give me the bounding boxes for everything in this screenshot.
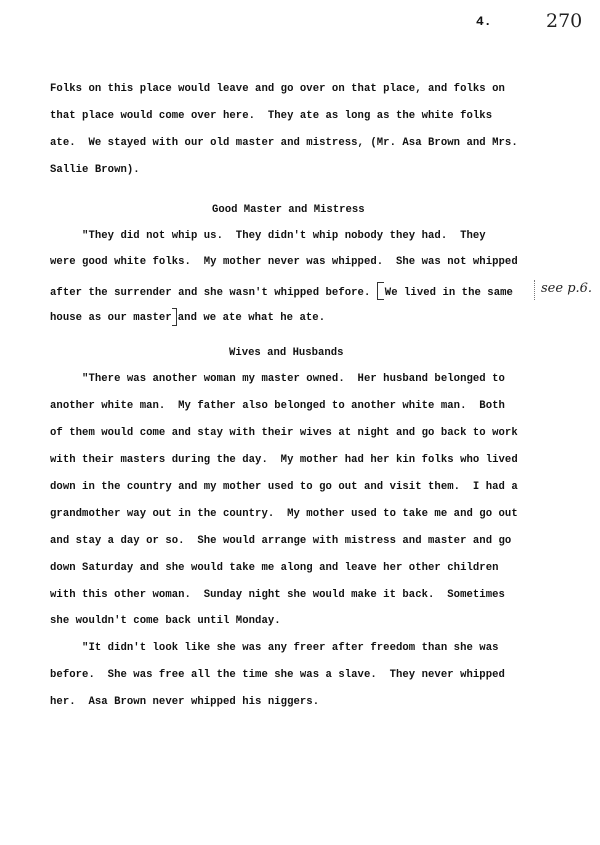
text-line: down in the country and my mother used t… bbox=[50, 481, 518, 493]
text-segment: after the surrender and she wasn't whipp… bbox=[50, 287, 377, 299]
text-line: "They did not whip us. They didn't whip … bbox=[50, 230, 486, 242]
section-heading: Good Master and Mistress bbox=[212, 204, 365, 216]
text-line: another white man. My father also belong… bbox=[50, 400, 505, 412]
text-line: with their masters during the day. My mo… bbox=[50, 454, 518, 466]
text-line: were good white folks. My mother never w… bbox=[50, 256, 518, 268]
text-line: of them would come and stay with their w… bbox=[50, 427, 518, 439]
text-line: that place would come over here. They at… bbox=[50, 110, 492, 122]
handwritten-margin-note: see p.6. bbox=[534, 280, 592, 300]
text-line: house as our masterand we ate what he at… bbox=[50, 308, 325, 326]
text-line: before. She was free all the time she wa… bbox=[50, 669, 505, 681]
text-line: her. Asa Brown never whipped his niggers… bbox=[50, 696, 319, 708]
section-heading: Wives and Husbands bbox=[229, 347, 343, 359]
page-number: 270 bbox=[546, 10, 582, 32]
text-line: she wouldn't come back until Monday. bbox=[50, 615, 281, 627]
text-line: ate. We stayed with our old master and m… bbox=[50, 137, 518, 149]
text-line: down Saturday and she would take me alon… bbox=[50, 562, 499, 574]
text-line: grandmother way out in the country. My m… bbox=[50, 508, 518, 520]
text-line: with this other woman. Sunday night she … bbox=[50, 589, 505, 601]
text-line: "It didn't look like she was any freer a… bbox=[50, 642, 499, 654]
text-line: Folks on this place would leave and go o… bbox=[50, 83, 505, 95]
document-page: 4. 270 Folks on this place would leave a… bbox=[0, 0, 600, 845]
bracket-close-mark bbox=[172, 308, 177, 326]
text-segment: house as our master bbox=[50, 312, 172, 324]
text-segment: and we ate what he ate. bbox=[178, 312, 325, 324]
text-line: "There was another woman my master owned… bbox=[50, 373, 505, 385]
text-segment: We lived in the same bbox=[385, 287, 513, 299]
text-line: and stay a day or so. She would arrange … bbox=[50, 535, 511, 547]
text-line: Sallie Brown). bbox=[50, 164, 140, 176]
text-line: after the surrender and she wasn't whipp… bbox=[50, 282, 513, 300]
bracket-open-mark bbox=[377, 282, 384, 300]
section-number: 4. bbox=[476, 14, 492, 29]
